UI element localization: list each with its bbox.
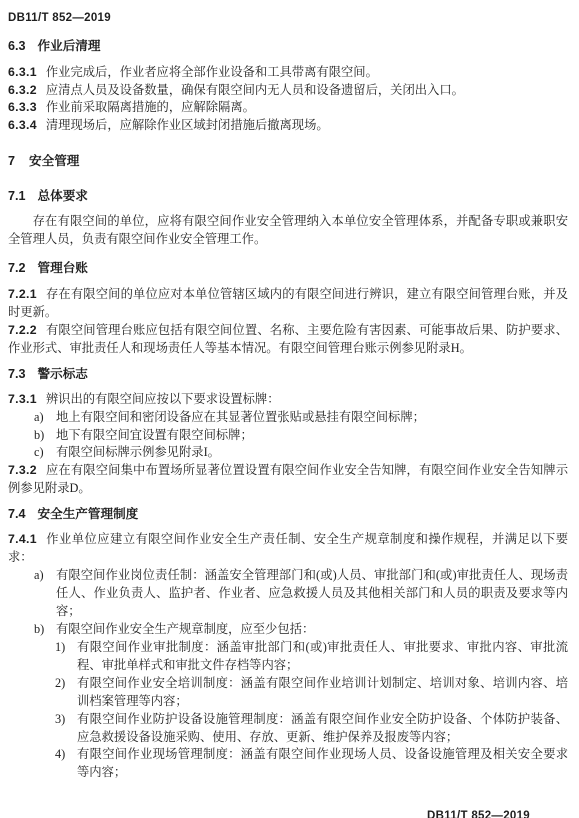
list-item-text: 有限空间作业现场管理制度：涵盖有限空间作业现场人员、设备设施管理及相关安全要求等… — [77, 745, 568, 781]
list-item-text: 有限空间作业防护设备设施管理制度：涵盖有限空间作业安全防护设备、个体防护装备、应… — [77, 710, 568, 746]
clause-6-3-2: 6.3.2应清点人员及设备数量，确保有限空间内无人员和设备遗留后，关闭出入口。 — [8, 81, 568, 99]
clause-number: 6.3.1 — [8, 65, 37, 79]
clause-text: 作业前采取隔离措施的，应解除隔离。 — [46, 100, 255, 114]
list-marker: 1) — [55, 638, 77, 674]
list-marker: b) — [34, 620, 56, 638]
heading-title: 管理台账 — [38, 261, 88, 275]
heading-title: 总体要求 — [38, 189, 88, 203]
list-marker: a) — [34, 408, 56, 426]
clause-number: 7.3.1 — [8, 392, 37, 406]
list-item-7-4-1-b-2: 2)有限空间作业安全培训制度：涵盖有限空间作业培训计划制定、培训对象、培训内容、… — [55, 674, 568, 710]
paragraph-7-1: 存在有限空间的单位，应将有限空间作业安全管理纳入本单位安全管理体系，并配备专职或… — [8, 212, 568, 248]
clause-6-3-4: 6.3.4清理现场后，应解除作业区域封闭措施后撤离现场。 — [8, 116, 568, 134]
heading-title: 警示标志 — [38, 367, 88, 381]
list-item-text: 地下有限空间宜设置有限空间标牌； — [56, 426, 568, 444]
clause-7-3-1: 7.3.1辨识出的有限空间应按以下要求设置标牌： — [8, 390, 568, 408]
clause-7-2-2: 7.2.2有限空间管理台账应包括有限空间位置、名称、主要危险有害因素、可能事故后… — [8, 321, 568, 357]
clause-6-3-3: 6.3.3作业前采取隔离措施的，应解除隔离。 — [8, 98, 568, 116]
list-item-7-4-1-b-1: 1)有限空间作业审批制度：涵盖审批部门和(或)审批责任人、审批要求、审批内容、审… — [55, 638, 568, 674]
list-item-7-3-1-b: b)地下有限空间宜设置有限空间标牌； — [34, 426, 568, 444]
heading-number: 7.2 — [8, 261, 26, 275]
clause-text: 存在有限空间的单位应对本单位管辖区域内的有限空间进行辨识，建立有限空间管理台账，… — [8, 287, 568, 319]
list-marker: a) — [34, 566, 56, 620]
list-item-7-3-1-c: c)有限空间标牌示例参见附录I。 — [34, 443, 568, 461]
clause-7-2-1: 7.2.1存在有限空间的单位应对本单位管辖区域内的有限空间进行辨识，建立有限空间… — [8, 285, 568, 321]
list-item-7-4-1-a: a)有限空间作业岗位责任制：涵盖安全管理部门和(或)人员、审批部门和(或)审批责… — [34, 566, 568, 620]
clause-number: 7.2.2 — [8, 323, 37, 337]
list-marker: 2) — [55, 674, 77, 710]
clause-7-4-1: 7.4.1作业单位应建立有限空间作业安全生产责任制、安全生产规章制度和操作规程，… — [8, 530, 568, 566]
heading-number: 7.1 — [8, 189, 26, 203]
list-item-7-4-1-b-4: 4)有限空间作业现场管理制度：涵盖有限空间作业现场人员、设备设施管理及相关安全要… — [55, 745, 568, 781]
heading-6-3: 6.3作业后清理 — [8, 37, 568, 55]
page-header: DB11/T 852—2019 — [8, 9, 568, 27]
clause-text: 辨识出的有限空间应按以下要求设置标牌： — [46, 392, 280, 406]
heading-number: 7.3 — [8, 367, 26, 381]
list-item-text: 有限空间作业安全生产规章制度，应至少包括： — [56, 620, 568, 638]
clause-6-3-1: 6.3.1作业完成后，作业者应将全部作业设备和工具带离有限空间。 — [8, 63, 568, 81]
clause-number: 6.3.3 — [8, 100, 37, 114]
clause-text: 清理现场后，应解除作业区域封闭措施后撤离现场。 — [46, 118, 329, 132]
list-marker: 4) — [55, 745, 77, 781]
clause-text: 作业单位应建立有限空间作业安全生产责任制、安全生产规章制度和操作规程，并满足以下… — [8, 532, 568, 564]
list-item-text: 有限空间作业岗位责任制：涵盖安全管理部门和(或)人员、审批部门和(或)审批责任人… — [56, 566, 568, 620]
clause-number: 7.2.1 — [8, 287, 37, 301]
list-item-text: 有限空间作业安全培训制度：涵盖有限空间作业培训计划制定、培训对象、培训内容、培训… — [77, 674, 568, 710]
clause-text: 有限空间管理台账应包括有限空间位置、名称、主要危险有害因素、可能事故后果、防护要… — [8, 323, 568, 355]
heading-7-2: 7.2管理台账 — [8, 259, 568, 277]
list-item-7-4-1-b-3: 3)有限空间作业防护设备设施管理制度：涵盖有限空间作业安全防护设备、个体防护装备… — [55, 710, 568, 746]
list-item-7-4-1-b: b)有限空间作业安全生产规章制度，应至少包括： — [34, 620, 568, 638]
clause-number: 6.3.4 — [8, 118, 37, 132]
clause-7-3-2: 7.3.2应在有限空间集中布置场所显著位置设置有限空间作业安全告知牌，有限空间作… — [8, 461, 568, 497]
heading-title: 作业后清理 — [38, 39, 101, 53]
heading-number: 7.4 — [8, 507, 26, 521]
document-page: DB11/T 852—2019 6.3作业后清理 6.3.1作业完成后，作业者应… — [0, 0, 579, 818]
heading-7-1: 7.1总体要求 — [8, 187, 568, 205]
clause-text: 作业完成后，作业者应将全部作业设备和工具带离有限空间。 — [46, 65, 378, 79]
heading-title: 安全管理 — [29, 154, 79, 168]
list-marker: 3) — [55, 710, 77, 746]
list-item-text: 地上有限空间和密闭设备应在其显著位置张贴或悬挂有限空间标牌； — [56, 408, 568, 426]
list-marker: b) — [34, 426, 56, 444]
page-footer: DB11/T 852—2019 — [427, 807, 530, 818]
clause-number: 6.3.2 — [8, 83, 37, 97]
heading-number: 6.3 — [8, 39, 26, 53]
heading-title: 安全生产管理制度 — [38, 507, 139, 521]
clause-text: 应在有限空间集中布置场所显著位置设置有限空间作业安全告知牌，有限空间作业安全告知… — [8, 463, 568, 495]
clause-number: 7.4.1 — [8, 532, 37, 546]
list-item-text: 有限空间标牌示例参见附录I。 — [56, 443, 568, 461]
list-item-text: 有限空间作业审批制度：涵盖审批部门和(或)审批责任人、审批要求、审批内容、审批流… — [77, 638, 568, 674]
clause-number: 7.3.2 — [8, 463, 37, 477]
list-marker: c) — [34, 443, 56, 461]
heading-number: 7 — [8, 154, 15, 168]
heading-7-4: 7.4安全生产管理制度 — [8, 505, 568, 523]
heading-7: 7安全管理 — [8, 152, 568, 170]
list-item-7-3-1-a: a)地上有限空间和密闭设备应在其显著位置张贴或悬挂有限空间标牌； — [34, 408, 568, 426]
heading-7-3: 7.3警示标志 — [8, 365, 568, 383]
clause-text: 应清点人员及设备数量，确保有限空间内无人员和设备遗留后，关闭出入口。 — [46, 83, 464, 97]
